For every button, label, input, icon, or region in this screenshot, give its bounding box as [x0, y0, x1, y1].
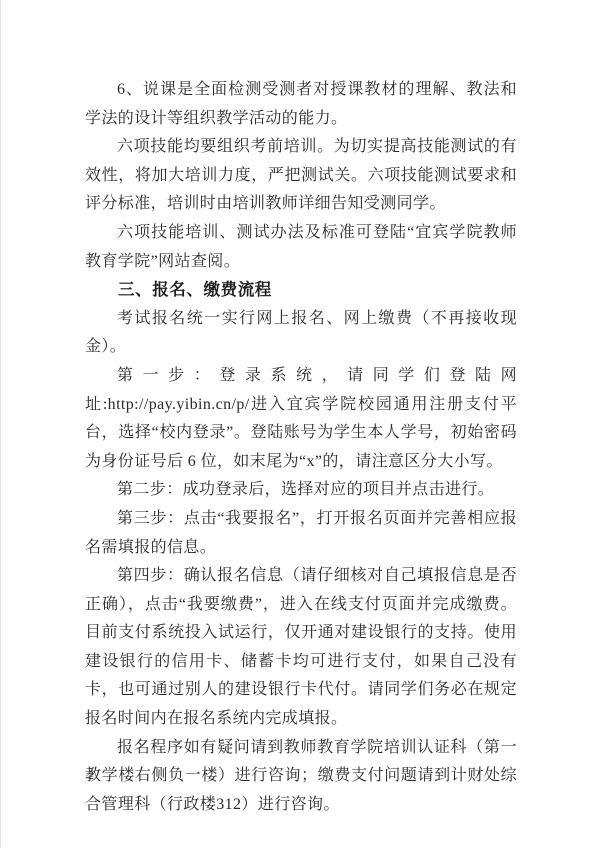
paragraph-step-4: 第四步：确认报名信息（请仔细核对自己填报信息是否正确），点击“我要缴费”，进入在… [85, 562, 517, 734]
document-page: 6、说课是全面检测受测者对授课教材的理解、教法和学法的设计等组织教学活动的能力。… [0, 0, 600, 848]
paragraph-website-reference: 六项技能培训、测试办法及标准可登陆“宜宾学院教师教育学院”网站查阅。 [85, 219, 517, 276]
page-number: 2 [88, 768, 94, 782]
document-body: 6、说课是全面检测受测者对授课教材的理解、教法和学法的设计等组织教学活动的能力。… [85, 76, 517, 819]
paragraph-consultation-info: 报名程序如有疑问请到教师教育学院培训认证科（第一教学楼右侧负一楼）进行咨询；缴费… [85, 734, 517, 820]
paragraph-step-3: 第三步：点击“我要报名”，打开报名页面并完善相应报名需填报的信息。 [85, 505, 517, 562]
paragraph-step-2: 第二步：成功登录后，选择对应的项目并点击进行。 [85, 476, 517, 505]
section-heading-registration-payment: 三、报名、缴费流程 [85, 276, 517, 305]
paragraph-step-1: 第一步：登录系统，请同学们登陆网址:http://pay.yibin.cn/p/… [85, 362, 517, 476]
paragraph-skill-6: 6、说课是全面检测受测者对授课教材的理解、教法和学法的设计等组织教学活动的能力。 [85, 76, 517, 133]
paragraph-pre-exam-training: 六项技能均要组织考前培训。为切实提高技能测试的有效性，将加大培训力度，严把测试关… [85, 133, 517, 219]
paragraph-online-registration-notice: 考试报名统一实行网上报名、网上缴费（不再接收现金）。 [85, 305, 517, 362]
